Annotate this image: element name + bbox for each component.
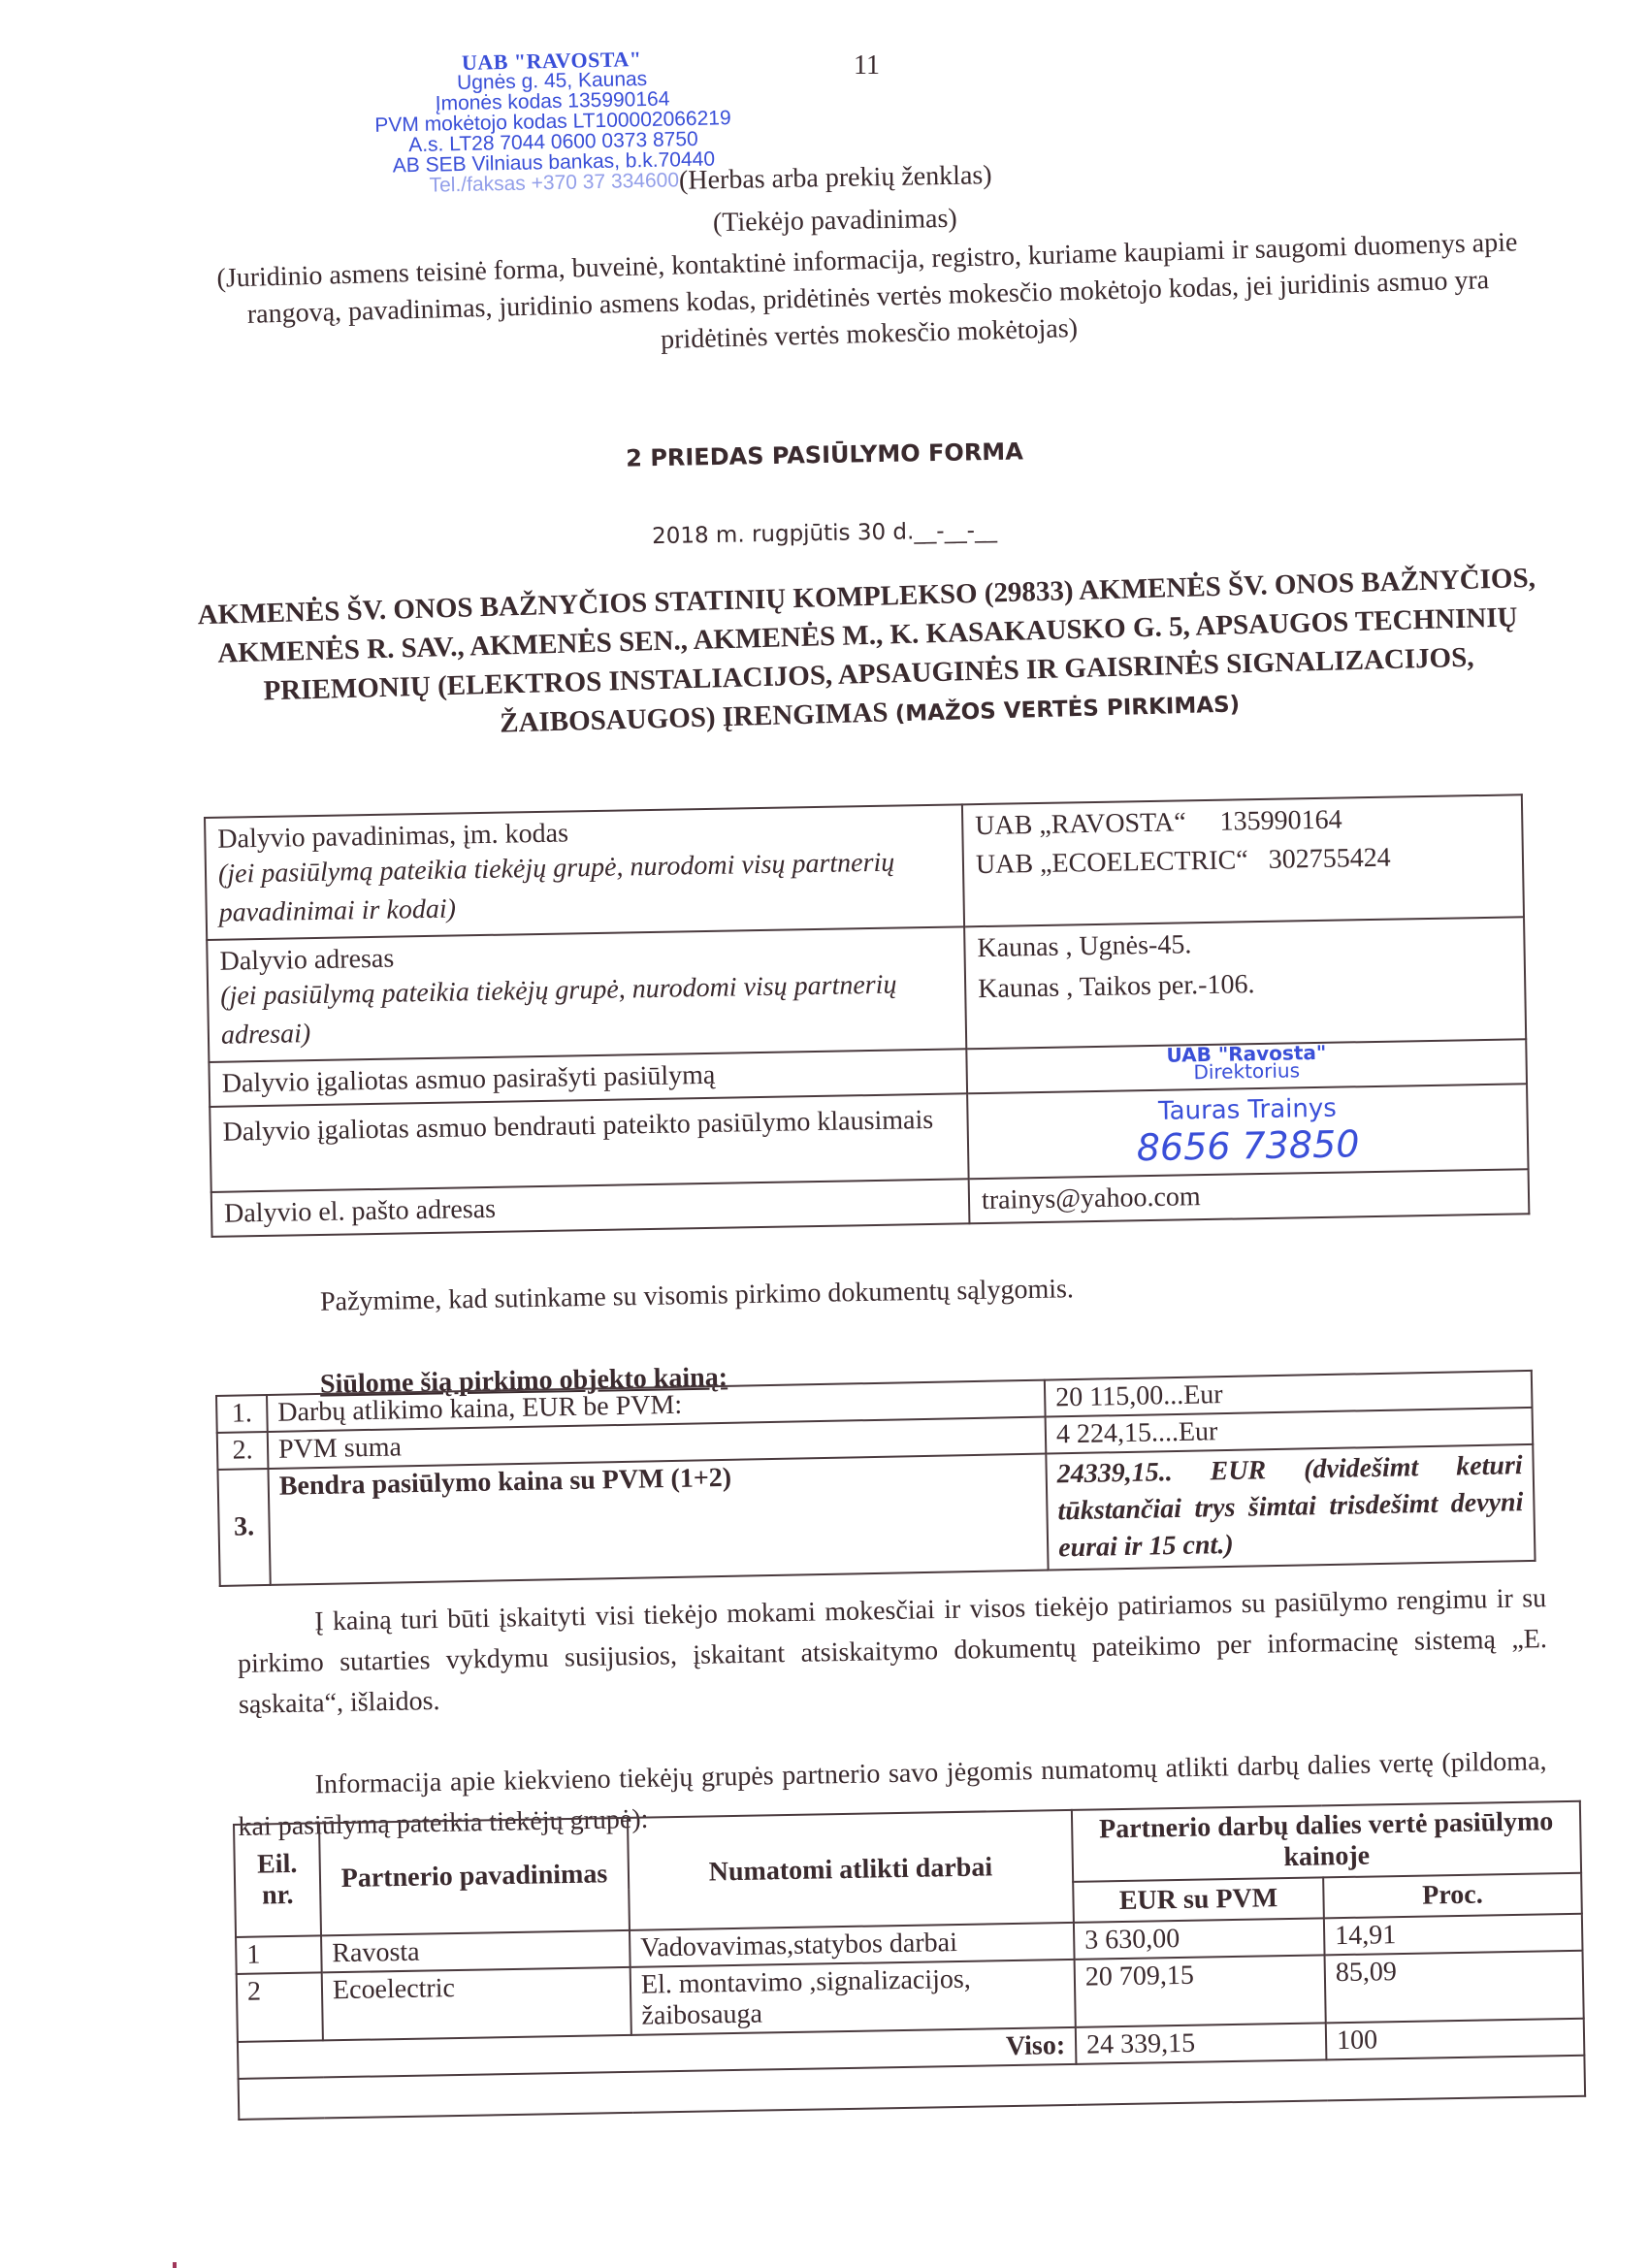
table-cell: Dalyvio pavadinimas, įm. kodas (jei pasi… <box>205 804 964 940</box>
table-row: 3. Bendra pasiūlymo kaina su PVM (1+2) 2… <box>217 1444 1535 1586</box>
row-value: UAB „RAVOSTA“ 135990164 <box>975 802 1509 843</box>
scan-mark <box>173 2262 177 2268</box>
total-amount: 24339,15.. EUR <box>1056 1455 1266 1489</box>
table-cell: Kaunas , Ugnės-45. Kaunas , Taikos per.-… <box>964 917 1526 1049</box>
contact-person: Tauras Trainys 8656 73850 <box>967 1084 1528 1179</box>
project-title: AKMENĖS ŠV. ONOS BAŽNYČIOS STATINIŲ KOMP… <box>192 559 1544 754</box>
legal-note: (Juridinio asmens teisinė forma, buveinė… <box>193 224 1544 373</box>
cell-pct: 14,91 <box>1324 1914 1583 1956</box>
col-header-value-group: Partnerio darbų dalies vertė pasiūlymo k… <box>1072 1801 1581 1882</box>
row-number: 1. <box>216 1395 268 1433</box>
row-value: Kaunas , Taikos per.-106. <box>978 964 1512 1005</box>
table-row: Dalyvio pavadinimas, įm. kodas (jei pasi… <box>205 794 1524 940</box>
row-value: UAB „ECOELECTRIC“ 302755424 <box>976 841 1510 882</box>
col-header-no: Eil. nr. <box>234 1823 321 1937</box>
cell-pct: 85,09 <box>1325 1951 1584 2024</box>
project-title-main: AKMENĖS ŠV. ONOS BAŽNYČIOS STATINIŲ KOMP… <box>197 563 1536 739</box>
cell-name: Ravosta <box>321 1930 630 1973</box>
cell-name: Ecoelectric <box>322 1967 631 2041</box>
date-line: 2018 m. rugpjūtis 30 d.__-__-__ <box>0 506 1649 561</box>
row-label: Dalyvio įgaliotas asmuo bendrauti pateik… <box>210 1093 968 1192</box>
table-cell: UAB „RAVOSTA“ 135990164 UAB „ECOELECTRIC… <box>962 794 1524 926</box>
total-value: 24339,15.. EUR (dvidešimt keturi tūkstan… <box>1046 1444 1535 1571</box>
annex-title: 2 PRIEDAS PASIŪLYMO FORMA <box>0 427 1649 483</box>
herb-label: (Herbas arba prekių ženklas) <box>679 160 992 197</box>
row-number: 2. <box>217 1432 269 1470</box>
row-label: Bendra pasiūlymo kaina su PVM (1+2) <box>268 1454 1048 1585</box>
table-cell: Dalyvio adresas (jei pasiūlymą pateikia … <box>207 926 966 1062</box>
offer-table: 1. Darbų atlikimo kaina, EUR be PVM: 20 … <box>215 1370 1536 1587</box>
cell-eur: 3 630,00 <box>1074 1918 1325 1959</box>
cell-eur: 20 709,15 <box>1075 1955 1326 2026</box>
row-number: 3. <box>217 1469 270 1586</box>
total-eur: 24 339,15 <box>1076 2023 1327 2063</box>
cell-no: 2 <box>237 1972 323 2042</box>
row-note: (jei pasiūlymą pateikia tiekėjų grupė, n… <box>218 843 952 933</box>
agreement-text: Pažymime, kad sutinkame su visomis pirki… <box>320 1274 1074 1318</box>
project-title-suffix: (MAŽOS VERTĖS PIRKIMAS) <box>894 692 1240 727</box>
email-value: trainys@yahoo.com <box>969 1169 1530 1223</box>
contact-phone: 8656 73850 <box>981 1119 1516 1172</box>
total-pct: 100 <box>1326 2019 1585 2060</box>
col-header-pct: Proc. <box>1323 1873 1582 1919</box>
row-value: Kaunas , Ugnės-45. <box>977 923 1511 964</box>
col-header-eur: EUR su PVM <box>1073 1877 1324 1922</box>
participant-table: Dalyvio pavadinimas, įm. kodas (jei pasi… <box>204 794 1530 1238</box>
page-number: 11 <box>854 50 880 81</box>
partner-table: Eil. nr. Partnerio pavadinimas Numatomi … <box>233 1800 1586 2121</box>
cell-no: 1 <box>236 1935 322 1974</box>
col-header-name: Partnerio pavadinimas <box>319 1818 630 1936</box>
table-row: Dalyvio adresas (jei pasiūlymą pateikia … <box>207 917 1526 1062</box>
row-note: (jei pasiūlymą pateikia tiekėjų grupė, n… <box>220 965 954 1055</box>
col-header-works: Numatomi atlikti darbai <box>628 1810 1074 1930</box>
price-note: Į kainą turi būti įskaityti visi tiekėjo… <box>237 1578 1548 1726</box>
supplier-label: (Tiekėjo pavadinimas) <box>713 204 957 239</box>
cell-works: El. montavimo ,signalizacijos, žaibosaug… <box>630 1960 1076 2035</box>
